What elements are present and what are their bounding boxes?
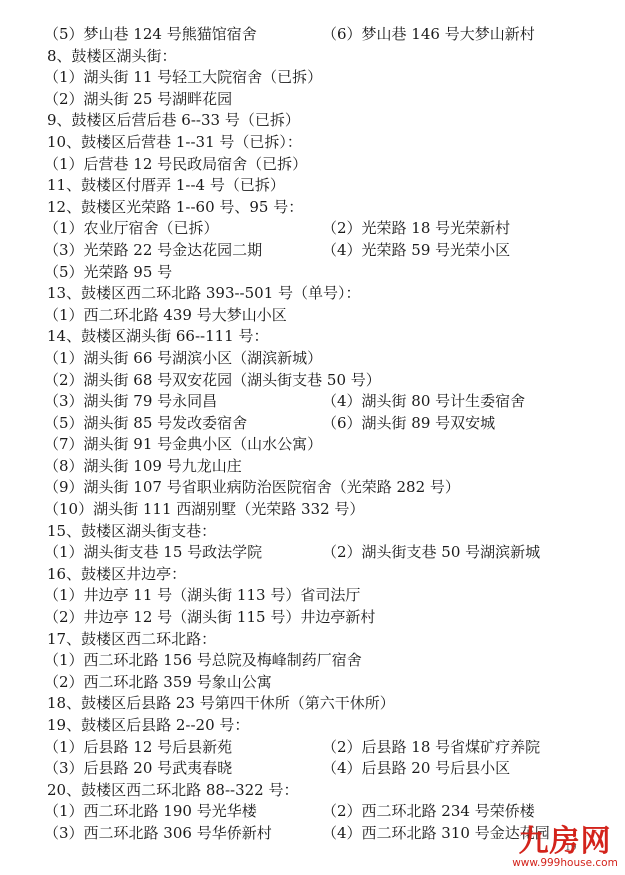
- section-heading-text: 9、鼓楼区后营后巷 6--33 号（已拆）: [47, 110, 300, 132]
- list-item-row: （3）湖头街 79 号永同昌（4）湖头街 80 号计生委宿舍: [0, 391, 625, 413]
- list-item-left: （8）湖头街 109 号九龙山庄: [44, 456, 242, 478]
- list-item-right: （2）光荣路 18 号光荣新村: [322, 218, 510, 240]
- watermark: 九房网 www.999house.com: [509, 827, 621, 871]
- list-item-right: （6）梦山巷 146 号大梦山新村: [322, 24, 535, 46]
- list-item-left: （1）井边亭 11 号（湖头街 113 号）省司法厅: [44, 585, 360, 607]
- list-item-row: （3）光荣路 22 号金达花园二期（4）光荣路 59 号光荣小区: [0, 240, 625, 262]
- list-item-row: （2）湖头街 68 号双安花园（湖头街支巷 50 号）: [0, 370, 625, 392]
- list-item-left: （2）湖头街 68 号双安花园（湖头街支巷 50 号）: [44, 370, 381, 392]
- list-item-row: （1）农业厅宿舍（已拆）（2）光荣路 18 号光荣新村: [0, 218, 625, 240]
- section-heading: 12、鼓楼区光荣路 1--60 号、95 号：: [0, 197, 625, 219]
- list-item-left: （3）湖头街 79 号永同昌: [44, 391, 217, 413]
- list-item-right: （6）湖头街 89 号双安城: [322, 413, 495, 435]
- section-heading: 14、鼓楼区湖头街 66--111 号：: [0, 326, 625, 348]
- section-heading-text: 10、鼓楼区后营巷 1--31 号（已拆）：: [47, 132, 302, 154]
- list-item-row: （1）井边亭 11 号（湖头街 113 号）省司法厅: [0, 585, 625, 607]
- list-item-right: （2）西二环北路 234 号荣侨楼: [322, 801, 535, 823]
- section-heading: 20、鼓楼区西二环北路 88--322 号：: [0, 780, 625, 802]
- section-heading: 18、鼓楼区后县路 23 号第四干休所（第六干休所）: [0, 693, 625, 715]
- list-item-left: （1）农业厅宿舍（已拆）: [44, 218, 219, 240]
- list-item-left: （10）湖头街 111 西湖别墅（光荣路 332 号）: [44, 499, 364, 521]
- list-item-left: （1）湖头街支巷 15 号政法学院: [44, 542, 262, 564]
- list-item-left: （5）湖头街 85 号发改委宿舍: [44, 413, 247, 435]
- list-item-row: （1）湖头街支巷 15 号政法学院（2）湖头街支巷 50 号湖滨新城: [0, 542, 625, 564]
- list-item-row: （2）湖头街 25 号湖畔花园: [0, 89, 625, 111]
- list-item-row: （7）湖头街 91 号金典小区（山水公寓）: [0, 434, 625, 456]
- list-item-left: （3）后县路 20 号武夷春晓: [44, 758, 232, 780]
- list-item-right: （2）后县路 18 号省煤矿疗养院: [322, 737, 540, 759]
- list-item-left: （1）西二环北路 190 号光华楼: [44, 801, 257, 823]
- list-item-left: （1）后营巷 12 号民政局宿舍（已拆）: [44, 154, 307, 176]
- list-item-row: （10）湖头街 111 西湖别墅（光荣路 332 号）: [0, 499, 625, 521]
- section-heading-text: 13、鼓楼区西二环北路 393--501 号（单号）：: [47, 283, 361, 305]
- list-item-right: （4）光荣路 59 号光荣小区: [322, 240, 510, 262]
- list-item-row: （3）后县路 20 号武夷春晓（4）后县路 20 号后县小区: [0, 758, 625, 780]
- section-heading-text: 11、鼓楼区付厝弄 1--4 号（已拆）: [47, 175, 285, 197]
- document-body: （5）梦山巷 124 号熊猫馆宿舍（6）梦山巷 146 号大梦山新村8、鼓楼区湖…: [0, 24, 625, 845]
- section-heading-text: 8、鼓楼区湖头街：: [47, 46, 177, 68]
- section-heading-text: 19、鼓楼区后县路 2--20 号：: [47, 715, 249, 737]
- section-heading-text: 20、鼓楼区西二环北路 88--322 号：: [47, 780, 298, 802]
- list-item-row: （9）湖头街 107 号省职业病防治医院宿舍（光荣路 282 号）: [0, 477, 625, 499]
- list-item-left: （1）湖头街 66 号湖滨小区（湖滨新城）: [44, 348, 322, 370]
- section-heading: 11、鼓楼区付厝弄 1--4 号（已拆）: [0, 175, 625, 197]
- list-item-left: （1）西二环北路 439 号大梦山小区: [44, 305, 287, 327]
- section-heading: 15、鼓楼区湖头街支巷：: [0, 521, 625, 543]
- list-item-row: （5）梦山巷 124 号熊猫馆宿舍（6）梦山巷 146 号大梦山新村: [0, 24, 625, 46]
- section-heading-text: 15、鼓楼区湖头街支巷：: [47, 521, 216, 543]
- list-item-row: （5）光荣路 95 号: [0, 262, 625, 284]
- list-item-left: （5）光荣路 95 号: [44, 262, 172, 284]
- list-item-right: （2）湖头街支巷 50 号湖滨新城: [322, 542, 540, 564]
- list-item-row: （8）湖头街 109 号九龙山庄: [0, 456, 625, 478]
- list-item-row: （1）西二环北路 156 号总院及梅峰制药厂宿舍: [0, 650, 625, 672]
- watermark-url: www.999house.com: [509, 857, 621, 869]
- section-heading: 16、鼓楼区井边亭：: [0, 564, 625, 586]
- section-heading-text: 14、鼓楼区湖头街 66--111 号：: [47, 326, 268, 348]
- section-heading: 19、鼓楼区后县路 2--20 号：: [0, 715, 625, 737]
- section-heading-text: 12、鼓楼区光荣路 1--60 号、95 号：: [47, 197, 303, 219]
- list-item-left: （7）湖头街 91 号金典小区（山水公寓）: [44, 434, 322, 456]
- list-item-row: （1）湖头街 11 号轻工大院宿舍（已拆）: [0, 67, 625, 89]
- list-item-left: （9）湖头街 107 号省职业病防治医院宿舍（光荣路 282 号）: [44, 477, 460, 499]
- section-heading-text: 16、鼓楼区井边亭：: [47, 564, 186, 586]
- section-heading-text: 18、鼓楼区后县路 23 号第四干休所（第六干休所）: [47, 693, 395, 715]
- section-heading-text: 17、鼓楼区西二环北路：: [47, 629, 216, 651]
- list-item-left: （3）西二环北路 306 号华侨新村: [44, 823, 272, 845]
- list-item-row: （1）西二环北路 190 号光华楼（2）西二环北路 234 号荣侨楼: [0, 801, 625, 823]
- list-item-left: （3）光荣路 22 号金达花园二期: [44, 240, 262, 262]
- list-item-left: （1）后县路 12 号后县新苑: [44, 737, 232, 759]
- list-item-left: （1）西二环北路 156 号总院及梅峰制药厂宿舍: [44, 650, 362, 672]
- list-item-row: （2）西二环北路 359 号象山公寓: [0, 672, 625, 694]
- section-heading: 8、鼓楼区湖头街：: [0, 46, 625, 68]
- section-heading: 10、鼓楼区后营巷 1--31 号（已拆）：: [0, 132, 625, 154]
- list-item-row: （1）西二环北路 439 号大梦山小区: [0, 305, 625, 327]
- list-item-right: （4）湖头街 80 号计生委宿舍: [322, 391, 525, 413]
- list-item-right: （4）后县路 20 号后县小区: [322, 758, 510, 780]
- list-item-row: （2）井边亭 12 号（湖头街 115 号）井边亭新村: [0, 607, 625, 629]
- section-heading: 13、鼓楼区西二环北路 393--501 号（单号）：: [0, 283, 625, 305]
- list-item-left: （2）湖头街 25 号湖畔花园: [44, 89, 232, 111]
- list-item-row: （1）后营巷 12 号民政局宿舍（已拆）: [0, 154, 625, 176]
- list-item-row: （1）后县路 12 号后县新苑（2）后县路 18 号省煤矿疗养院: [0, 737, 625, 759]
- list-item-left: （2）井边亭 12 号（湖头街 115 号）井边亭新村: [44, 607, 375, 629]
- section-heading: 17、鼓楼区西二环北路：: [0, 629, 625, 651]
- list-item-row: （5）湖头街 85 号发改委宿舍（6）湖头街 89 号双安城: [0, 413, 625, 435]
- section-heading: 9、鼓楼区后营后巷 6--33 号（已拆）: [0, 110, 625, 132]
- list-item-row: （1）湖头街 66 号湖滨小区（湖滨新城）: [0, 348, 625, 370]
- list-item-left: （2）西二环北路 359 号象山公寓: [44, 672, 272, 694]
- watermark-logo: 九房网: [509, 827, 621, 857]
- list-item-left: （5）梦山巷 124 号熊猫馆宿舍: [44, 24, 257, 46]
- list-item-left: （1）湖头街 11 号轻工大院宿舍（已拆）: [44, 67, 322, 89]
